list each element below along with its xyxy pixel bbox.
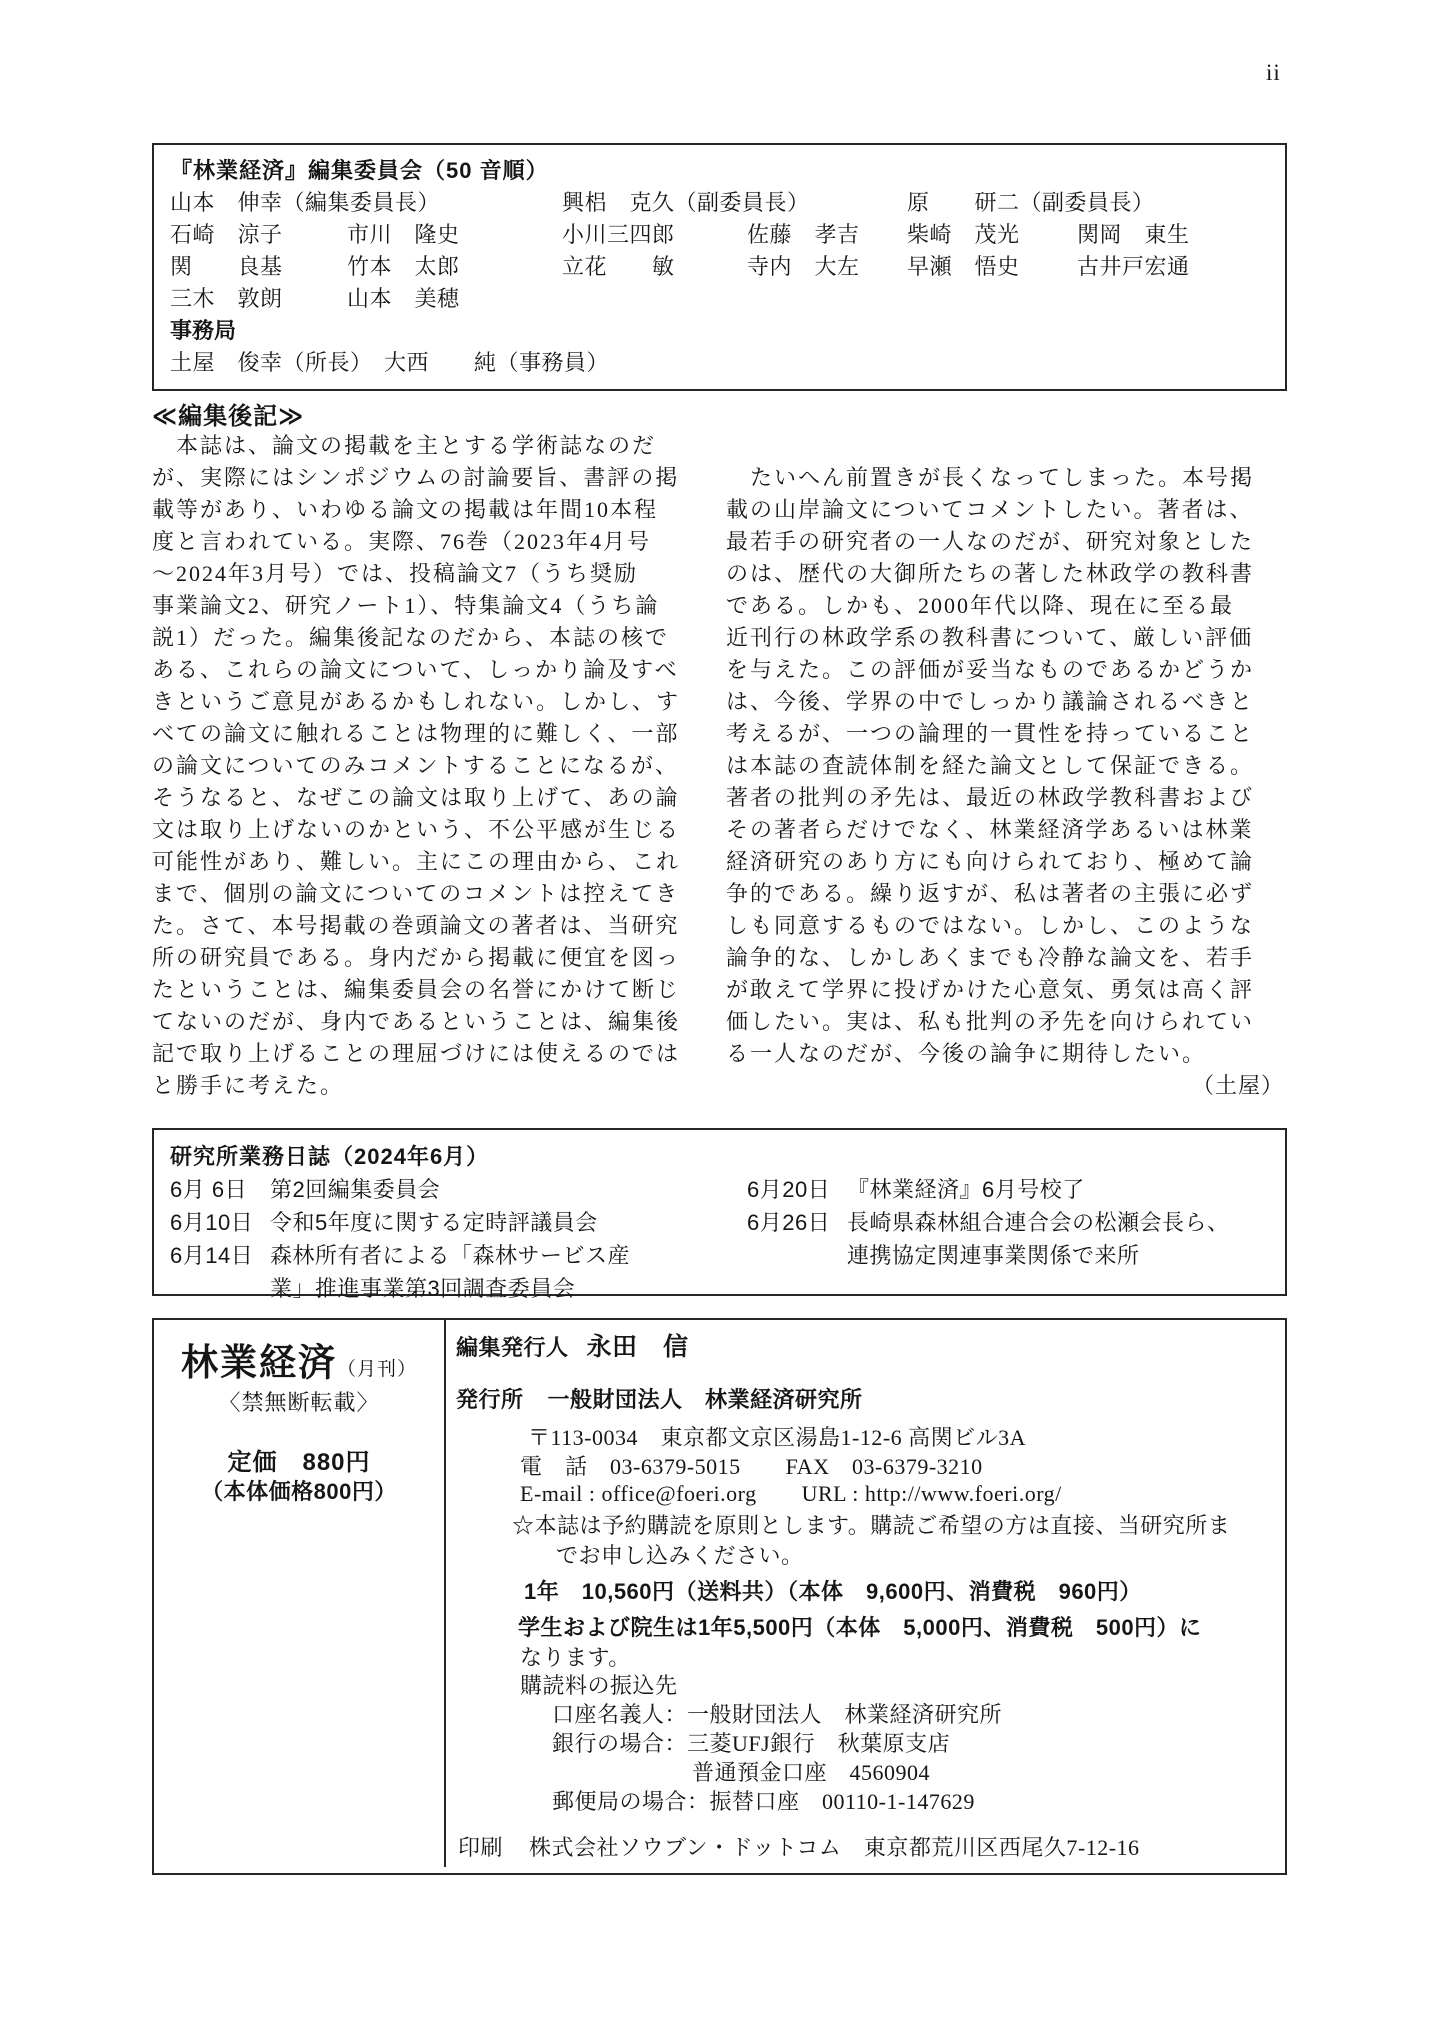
- journal-title-row: 林業経済（月刊）: [154, 1332, 444, 1386]
- bank-line: 銀行の場合：三菱UFJ銀行 秋葉原支店: [552, 1730, 950, 1758]
- afterword-right-text: たいへん前置きが長くなってしまった。本号掲 載の山岸論文についてコメントしたい。…: [726, 465, 1254, 1066]
- journal-colophon-page: { "page": { "number": "ii" }, "committee…: [0, 0, 1434, 2024]
- editor-line: 編集発行人永田 信: [456, 1333, 689, 1362]
- diary-event: 令和5年度に関する定時評議員会: [270, 1206, 598, 1239]
- bank-account-line: 普通預金口座 4560904: [692, 1759, 930, 1787]
- diary-title: 研究所業務日誌（2024年6月）: [170, 1140, 1269, 1173]
- journal-title: 林業経済: [181, 1342, 337, 1383]
- committee-member: 三木 敦朗: [170, 283, 347, 315]
- cover-price: 定価 880円: [154, 1442, 444, 1477]
- committee-member: 早瀬 悟史: [907, 251, 1077, 283]
- diary-date: 6月20日: [747, 1173, 833, 1206]
- afterword-right-column: たいへん前置きが長くなってしまった。本号掲 載の山岸論文についてコメントしたい。…: [726, 430, 1288, 1134]
- printer-label: 印刷: [458, 1835, 503, 1860]
- diary-date: 6月10日: [170, 1206, 256, 1239]
- committee-member: 小川三四郎: [562, 219, 747, 251]
- phone-fax-line: 電 話 03-6379-5015 FAX 03-6379-3210: [520, 1453, 983, 1481]
- diary-date: 6月 6日: [170, 1173, 256, 1206]
- diary-event: 長崎県森林組合連合会の松瀬会長ら、 連携協定関連事業関係で来所: [847, 1206, 1230, 1272]
- committee-member: 石崎 涼子: [170, 219, 347, 251]
- editorial-committee-box: 『林業経済』編集委員会（50 音順） 山本 伸幸（編集委員長） 興梠 克久（副委…: [152, 143, 1287, 391]
- committee-member: 古井戸宏通: [1077, 251, 1269, 283]
- printer-line: 印刷株式会社ソウブン・ドットコム 東京都荒川区西尾久7-12-16: [458, 1834, 1140, 1862]
- page-number: ii: [1266, 60, 1281, 86]
- publisher-name: 一般財団法人 林業経済研究所: [548, 1387, 863, 1412]
- committee-member: 寺内 大左: [747, 251, 907, 283]
- editor-label: 編集発行人: [456, 1335, 569, 1360]
- committee-member: 山本 伸幸（編集委員長）: [170, 187, 562, 219]
- committee-row-4: 三木 敦朗 山本 美穂: [170, 283, 1269, 315]
- afterword-heading: ≪編集後記≫: [152, 396, 304, 431]
- colophon-box: 林業経済（月刊） 〈禁無断転載〉 定価 880円 （本体価格800円） 編集発行…: [152, 1318, 1287, 1875]
- email-url-line: E-mail : office@foeri.org URL : http://w…: [520, 1480, 1062, 1508]
- colophon-divider: [444, 1320, 446, 1867]
- diary-left-column: 6月 6日 第2回編集委員会 6月10日 令和5年度に関する定時評議員会 6月1…: [170, 1173, 745, 1305]
- committee-member: 市川 隆史: [347, 219, 562, 251]
- publisher-line: 発行所一般財団法人 林業経済研究所: [456, 1386, 863, 1414]
- diary-right-column: 6月20日 『林業経済』6月号校了 6月26日 長崎県森林組合連合会の松瀬会長ら…: [747, 1173, 1277, 1272]
- secretariat-members: 土屋 俊幸（所長） 大西 純（事務員）: [170, 347, 1269, 379]
- publisher-address: 〒113-0034 東京都文京区湯島1-12-6 高関ビル3A: [528, 1424, 1026, 1452]
- diary-entry: 6月 6日 第2回編集委員会: [170, 1173, 745, 1206]
- committee-member: 柴崎 茂光: [907, 219, 1077, 251]
- account-holder-line: 口座名義人：一般財団法人 林業経済研究所: [552, 1701, 1002, 1729]
- diary-event: 『林業経済』6月号校了: [847, 1173, 1085, 1206]
- diary-event: 第2回編集委員会: [270, 1173, 440, 1206]
- committee-row-2: 石崎 涼子 市川 隆史 小川三四郎 佐藤 孝吉 柴崎 茂光 関岡 東生: [170, 219, 1269, 251]
- printer-text: 株式会社ソウブン・ドットコム 東京都荒川区西尾久7-12-16: [529, 1835, 1140, 1860]
- journal-frequency: （月刊）: [337, 1359, 417, 1380]
- no-reproduction-notice: 〈禁無断転載〉: [154, 1386, 444, 1417]
- committee-member: 山本 美穂: [347, 283, 562, 315]
- subscription-note-line2: でお申し込みください。: [556, 1542, 804, 1570]
- student-price-line2: なります。: [520, 1644, 631, 1672]
- editor-name: 永田 信: [587, 1333, 689, 1361]
- diary-date: 6月14日: [170, 1239, 256, 1305]
- diary-entry: 6月14日 森林所有者による「森林サービス産 業」推進事業第3回調査委員会: [170, 1239, 745, 1305]
- committee-member: 関岡 東生: [1077, 219, 1269, 251]
- committee-member: 佐藤 孝吉: [747, 219, 907, 251]
- diary-date: 6月26日: [747, 1206, 833, 1272]
- yearly-price-line: 1年 10,560円（送料共）（本体 9,600円、消費税 960円）: [524, 1578, 1142, 1606]
- secretariat-label: 事務局: [170, 315, 1269, 347]
- publisher-label: 発行所: [456, 1387, 524, 1412]
- diary-entry: 6月20日 『林業経済』6月号校了: [747, 1173, 1277, 1206]
- afterword-left-column: 本誌は、論文の掲載を主とする学術誌なのだ が、実際にはシンポジウムの討論要旨、書…: [152, 430, 714, 1102]
- diary-entry: 6月10日 令和5年度に関する定時評議員会: [170, 1206, 745, 1239]
- diary-event: 森林所有者による「森林サービス産 業」推進事業第3回調査委員会: [270, 1239, 630, 1305]
- committee-row-3: 関 良基 竹本 太郎 立花 敏 寺内 大左 早瀬 悟史 古井戸宏通: [170, 251, 1269, 283]
- base-price: （本体価格800円）: [154, 1475, 444, 1506]
- committee-member: 関 良基: [170, 251, 347, 283]
- committee-member: 竹本 太郎: [347, 251, 562, 283]
- postal-account-line: 郵便局の場合：振替口座 00110-1-147629: [552, 1788, 975, 1816]
- student-price-line1: 学生および院生は1年5,500円（本体 5,000円、消費税 500円）に: [518, 1614, 1202, 1642]
- committee-member: 興梠 克久（副委員長）: [562, 187, 907, 219]
- transfer-heading: 購読料の振込先: [520, 1672, 678, 1700]
- subscription-note-line1: ☆本誌は予約購読を原則とします。購読ご希望の方は直接、当研究所ま: [512, 1512, 1230, 1540]
- committee-member: 立花 敏: [562, 251, 747, 283]
- committee-title: 『林業経済』編集委員会（50 音順）: [170, 155, 1269, 187]
- committee-row-chairs: 山本 伸幸（編集委員長） 興梠 克久（副委員長） 原 研二（副委員長）: [170, 187, 1269, 219]
- committee-member: 原 研二（副委員長）: [907, 187, 1269, 219]
- diary-entry: 6月26日 長崎県森林組合連合会の松瀬会長ら、 連携協定関連事業関係で来所: [747, 1206, 1277, 1272]
- afterword-signature: （土屋）: [726, 1070, 1288, 1102]
- business-diary-box: 研究所業務日誌（2024年6月） 6月 6日 第2回編集委員会 6月10日 令和…: [152, 1128, 1287, 1296]
